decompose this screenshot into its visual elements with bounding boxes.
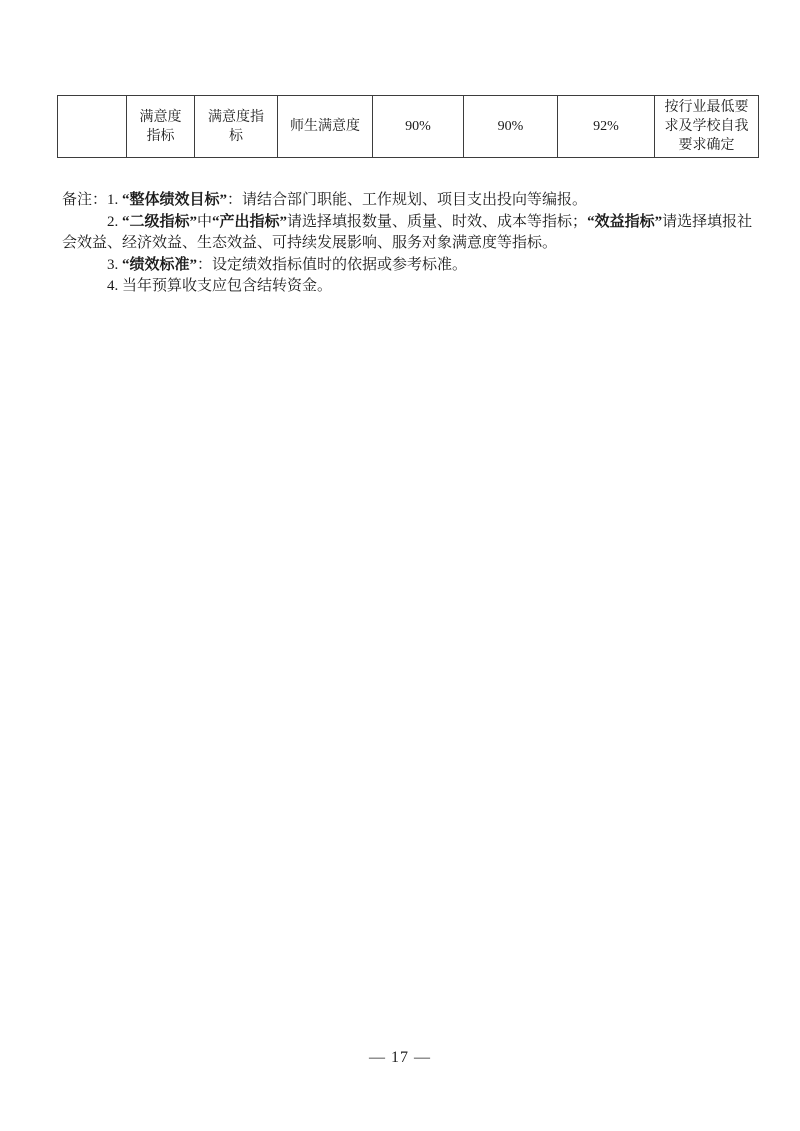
note-line-4: 3. “绩效标准”：设定绩效指标值时的依据或参考标准。 bbox=[62, 255, 768, 277]
performance-standard-cell: 按行业最低要求及学校自我要求确定 bbox=[655, 96, 759, 158]
table-row: 满意度指标 满意度指标 师生满意度 90% 90% 92% 按行业最低要求及学校… bbox=[58, 96, 759, 158]
indicator-value-cell-2: 90% bbox=[464, 96, 558, 158]
indicator-value-cell-1: 90% bbox=[373, 96, 464, 158]
note-line-2: 2. “二级指标”中“产出指标”请选择填报数量、质量、时效、成本等指标；“效益指… bbox=[62, 212, 768, 234]
indicator-name-cell: 师生满意度 bbox=[278, 96, 373, 158]
note-line-3: 会效益、经济效益、生态效益、可持续发展影响、服务对象满意度等指标。 bbox=[62, 233, 768, 255]
page-number: — 17 — bbox=[0, 1049, 800, 1067]
document-page: 满意度指标 满意度指标 师生满意度 90% 90% 92% 按行业最低要求及学校… bbox=[0, 0, 800, 1131]
indicator-type-cell: 满意度指标 bbox=[195, 96, 278, 158]
note-line-5: 4. 当年预算收支应包含结转资金。 bbox=[62, 276, 768, 298]
empty-cell bbox=[58, 96, 127, 158]
indicator-category-cell: 满意度指标 bbox=[127, 96, 195, 158]
notes-section: 备注：1. “整体绩效目标”：请结合部门职能、工作规划、项目支出投向等编报。 2… bbox=[62, 190, 768, 298]
indicator-value-cell-3: 92% bbox=[558, 96, 655, 158]
performance-indicator-table: 满意度指标 满意度指标 师生满意度 90% 90% 92% 按行业最低要求及学校… bbox=[57, 95, 759, 158]
note-line-1: 备注：1. “整体绩效目标”：请结合部门职能、工作规划、项目支出投向等编报。 bbox=[62, 190, 768, 212]
